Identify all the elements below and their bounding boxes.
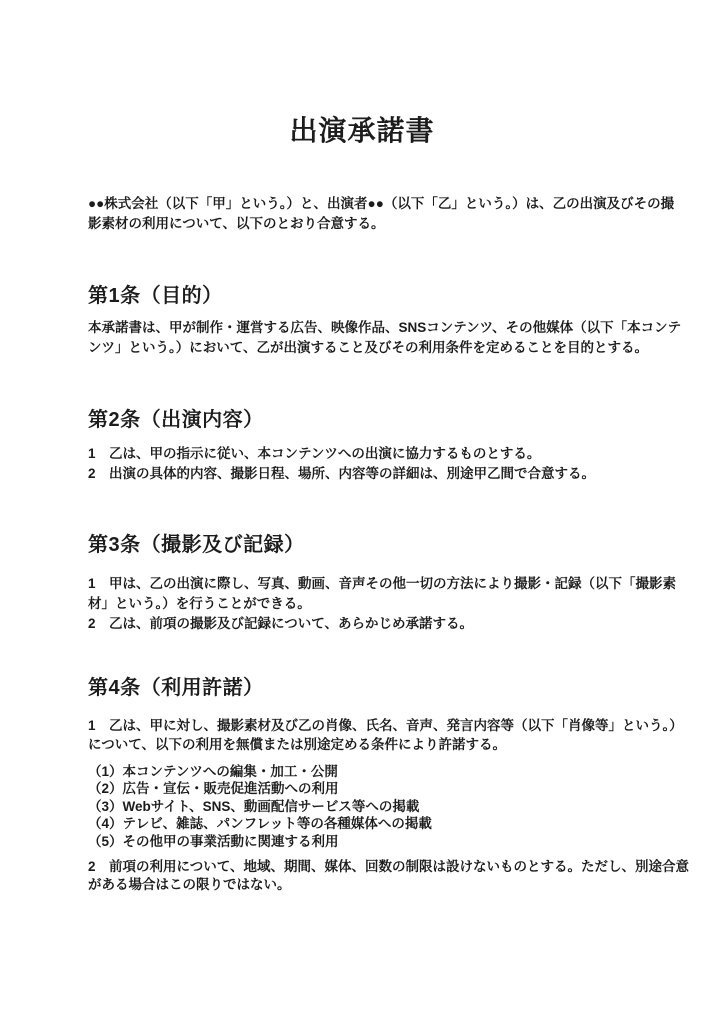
clause-item: 1 乙は、甲の指示に従い、本コンテンツへの出演に協力するものとする。	[88, 444, 648, 464]
section-1-heading: 第1条（目的）	[88, 283, 648, 309]
list-item: （2）広告・宣伝・販売促進活動への利用	[88, 780, 648, 797]
paragraph-line: 本承諾書は、甲が制作・運営する広告、映像作品、SNSコンテンツ、その他媒体（以下…	[88, 318, 648, 338]
section-4-body-2: 2 前項の利用について、地域、期間、媒体、回数の制限は設けないものとする。ただし…	[88, 858, 648, 894]
list-item: （5）その他甲の事業活動に関連する利用	[88, 833, 648, 850]
document-page: 出演承諾書 ●●株式会社（以下「甲」という。）と、出演者●●（以下「乙」という。…	[0, 0, 724, 1024]
section-3-heading: 第3条（撮影及び記録）	[88, 532, 648, 558]
section-4-body: 1 乙は、甲に対し、撮影素材及び乙の肖像、氏名、音声、発言内容等（以下「肖像等」…	[88, 716, 648, 754]
paragraph-line: ●●株式会社（以下「甲」という。）と、出演者●●（以下「乙」という。）は、乙の出…	[88, 194, 648, 214]
clause-item: 2 前項の利用について、地域、期間、媒体、回数の制限は設けないものとする。ただし…	[88, 858, 648, 876]
list-item: （3）Webサイト、SNS、動画配信サービス等への掲載	[88, 798, 648, 815]
paragraph-line: 影素材の利用について、以下のとおり合意する。	[88, 214, 648, 234]
clause-item: 1 甲は、乙の出演に際し、写真、動画、音声その他一切の方法により撮影・記録（以下…	[88, 574, 648, 594]
clause-item: について、以下の利用を無償または別途定める条件により許諾する。	[88, 735, 648, 754]
clause-item: 1 乙は、甲に対し、撮影素材及び乙の肖像、氏名、音声、発言内容等（以下「肖像等」…	[88, 716, 648, 735]
intro-paragraph: ●●株式会社（以下「甲」という。）と、出演者●●（以下「乙」という。）は、乙の出…	[88, 194, 648, 234]
section-4-permission-list: （1）本コンテンツへの編集・加工・公開 （2）広告・宣伝・販売促進活動への利用 …	[88, 763, 648, 850]
paragraph-line: ンツ」という。）において、乙が出演すること及びその利用条件を定めることを目的とす…	[88, 338, 648, 358]
section-1-body: 本承諾書は、甲が制作・運営する広告、映像作品、SNSコンテンツ、その他媒体（以下…	[88, 318, 648, 358]
list-item: （4）テレビ、雑誌、パンフレット等の各種媒体への掲載	[88, 815, 648, 832]
section-4-heading: 第4条（利用許諾）	[88, 675, 648, 701]
document-title: 出演承諾書	[0, 114, 724, 148]
clause-item: がある場合はこの限りではない。	[88, 876, 648, 894]
clause-item: 材」という。）を行うことができる。	[88, 594, 648, 614]
section-3-body: 1 甲は、乙の出演に際し、写真、動画、音声その他一切の方法により撮影・記録（以下…	[88, 574, 648, 634]
clause-item: 2 乙は、前項の撮影及び記録について、あらかじめ承諾する。	[88, 614, 648, 634]
section-2-heading: 第2条（出演内容）	[88, 407, 648, 433]
clause-item: 2 出演の具体的内容、撮影日程、場所、内容等の詳細は、別途甲乙間で合意する。	[88, 464, 648, 484]
section-2-body: 1 乙は、甲の指示に従い、本コンテンツへの出演に協力するものとする。 2 出演の…	[88, 444, 648, 484]
list-item: （1）本コンテンツへの編集・加工・公開	[88, 763, 648, 780]
